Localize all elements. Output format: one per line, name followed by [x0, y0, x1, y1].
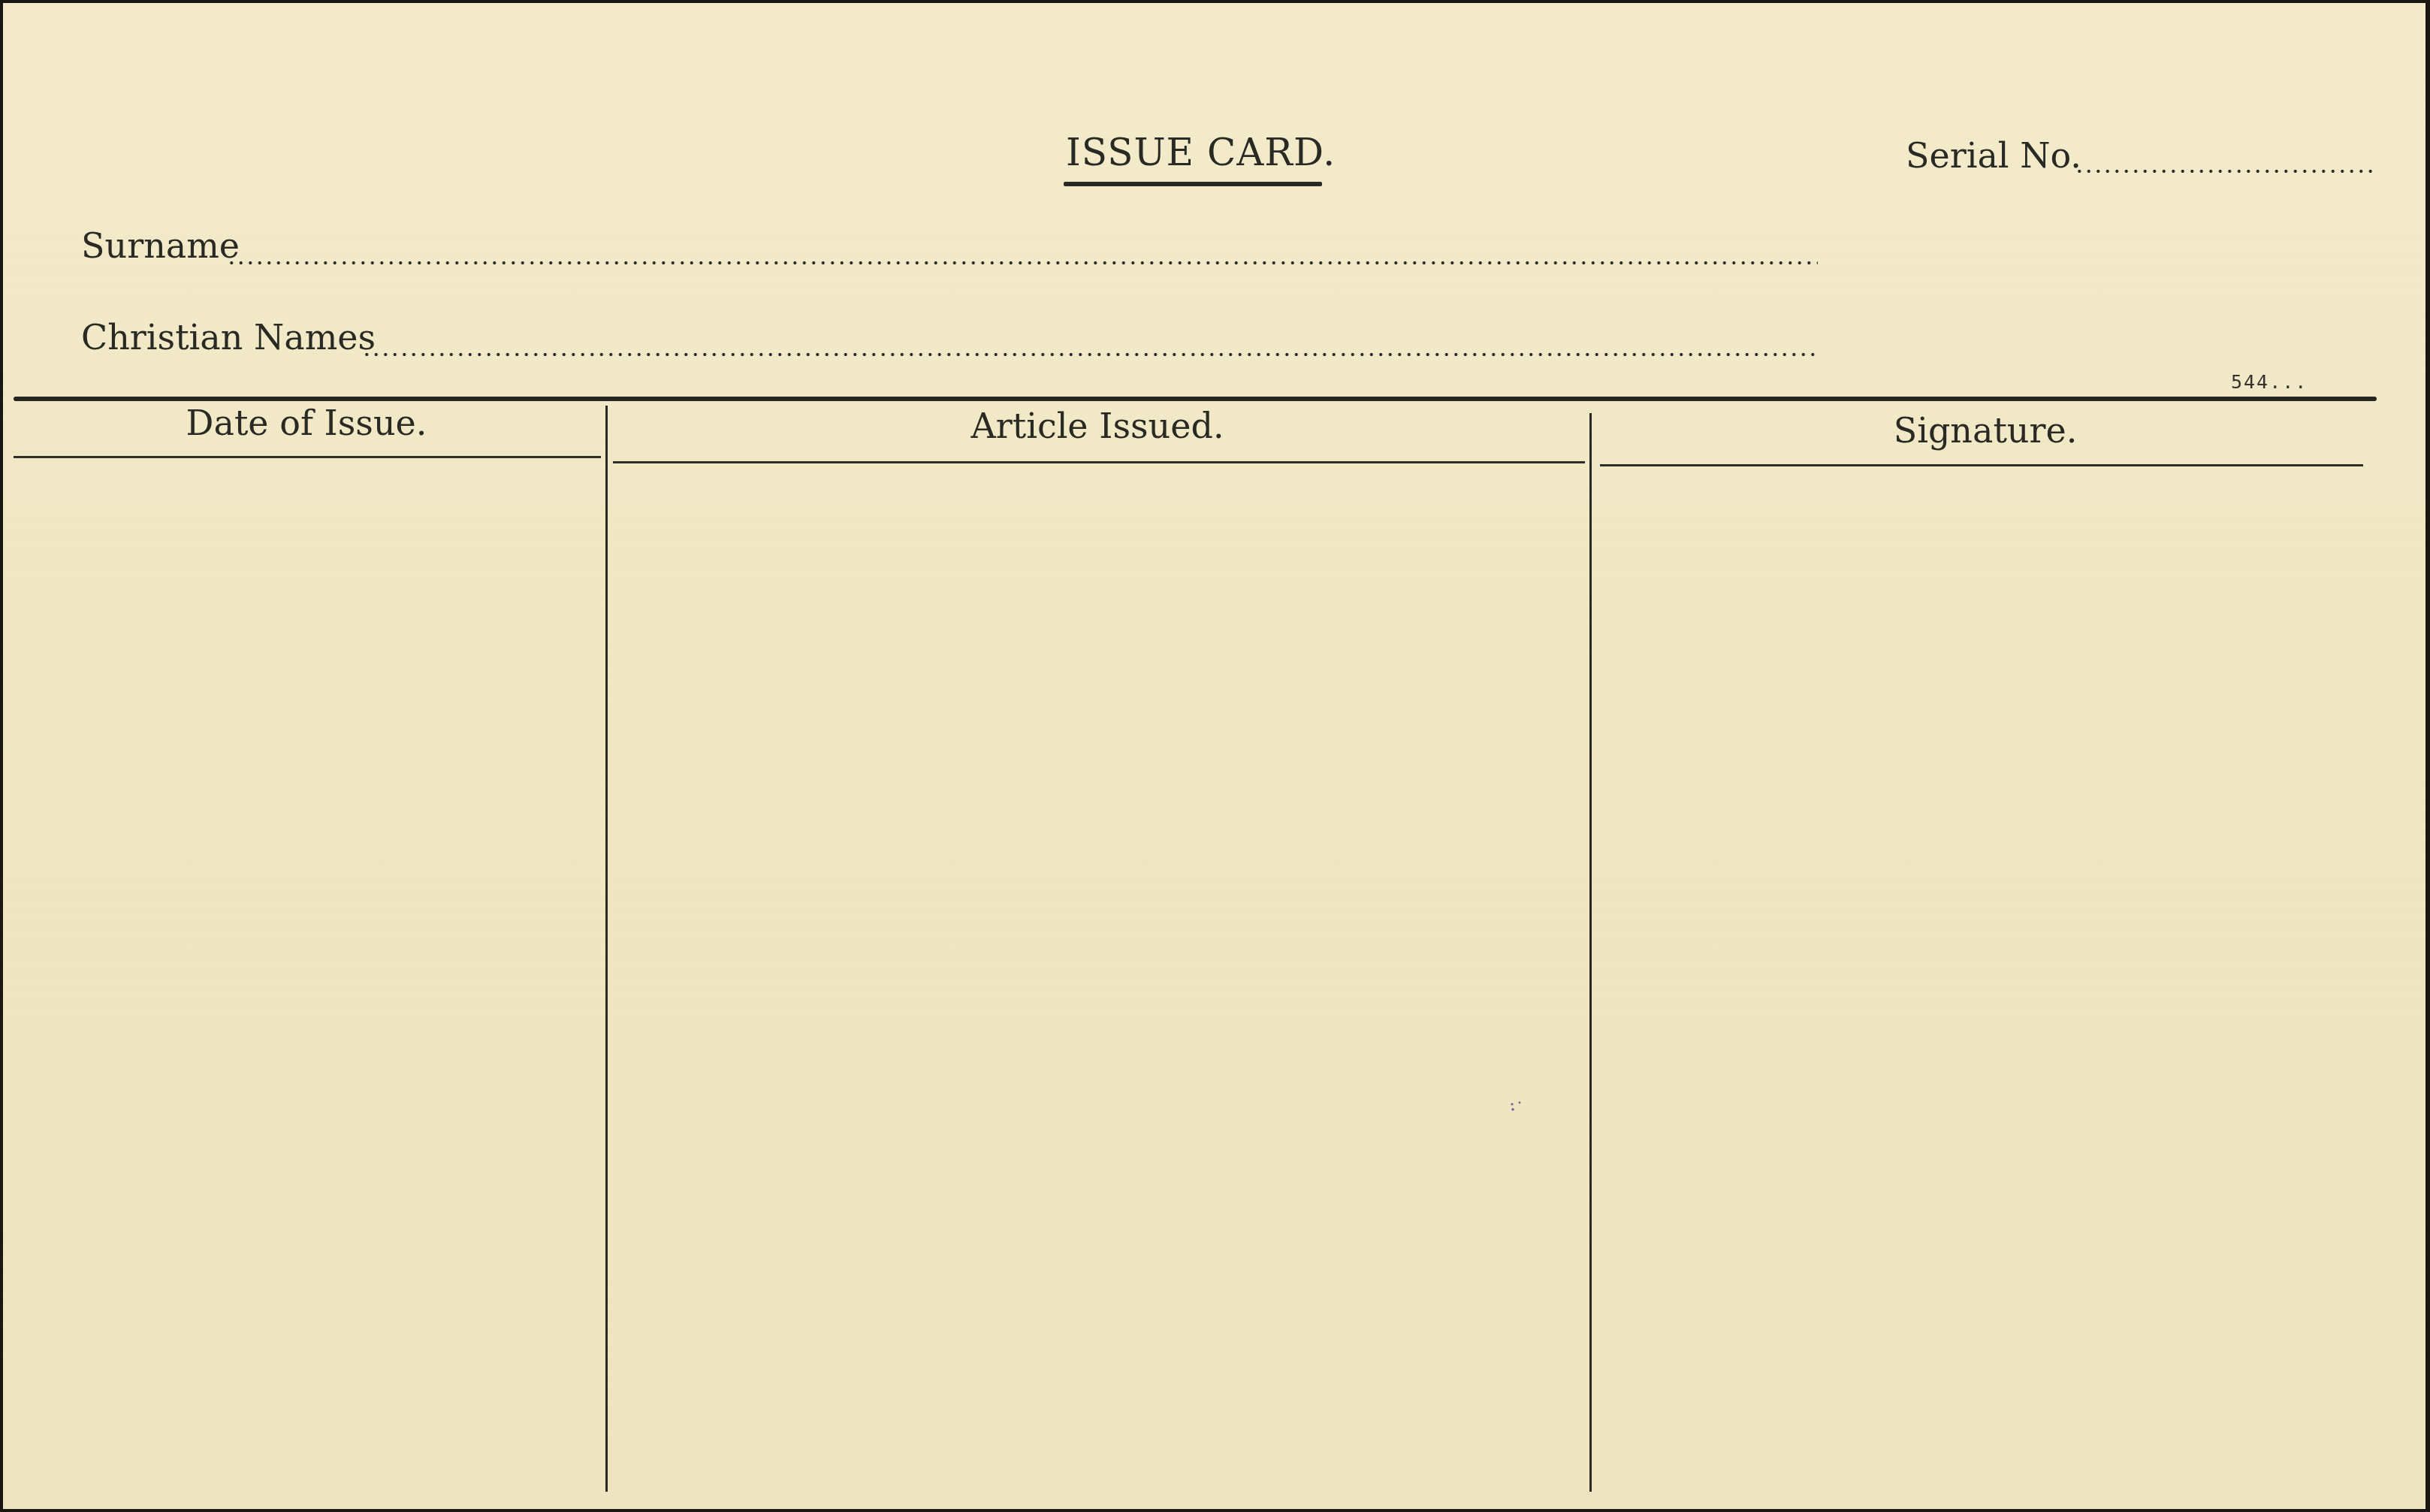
- serial-no-field[interactable]: [2075, 170, 2372, 173]
- column-rule-signature: [1600, 464, 2363, 466]
- header-divider-rule: [14, 397, 2377, 401]
- article-issued-column[interactable]: [613, 467, 1586, 1492]
- christian-names-field[interactable]: [362, 353, 1818, 356]
- printer-code: 544...: [2231, 371, 2308, 393]
- surname-field[interactable]: [227, 261, 1818, 264]
- ink-speck-icon: [1509, 1098, 1524, 1113]
- signature-column[interactable]: [1595, 470, 2369, 1492]
- card-title: ISSUE CARD.: [1066, 131, 1321, 174]
- christian-names-label: Christian Names: [81, 317, 376, 358]
- title-underline: [1064, 182, 1322, 186]
- column-rule-article: [613, 461, 1585, 463]
- column-divider-2: [1589, 413, 1592, 1492]
- surname-label: Surname: [81, 225, 240, 266]
- column-header-date-of-issue: Date of Issue.: [14, 403, 599, 443]
- column-header-article-issued: Article Issued.: [613, 406, 1582, 446]
- column-divider-1: [605, 406, 608, 1492]
- serial-no-label: Serial No.: [1906, 135, 2081, 176]
- column-rule-date: [14, 456, 601, 458]
- column-header-signature: Signature.: [1598, 410, 2372, 451]
- date-of-issue-column[interactable]: [14, 463, 604, 1492]
- issue-card: ISSUE CARD. Serial No. Surname Christian…: [3, 3, 2425, 1509]
